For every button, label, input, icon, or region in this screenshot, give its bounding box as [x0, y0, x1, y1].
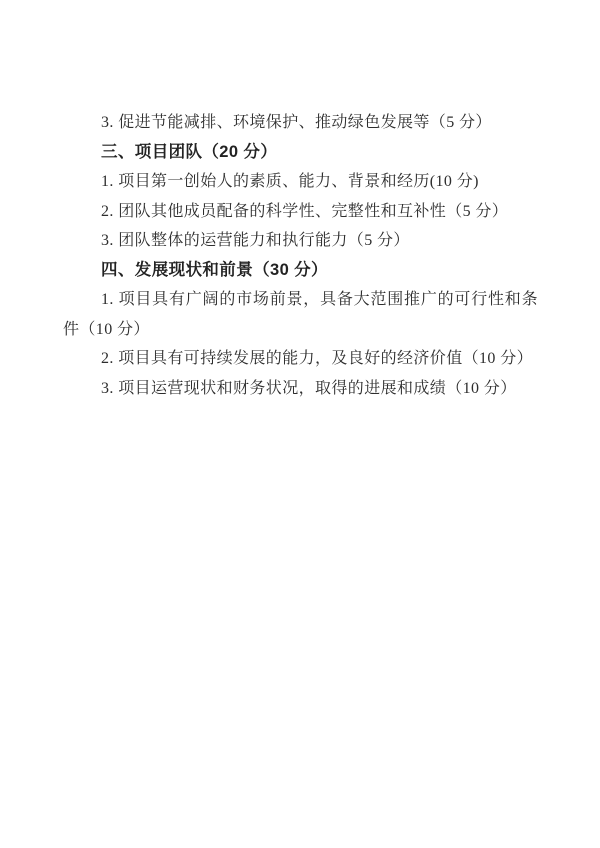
criterion-item-team-execution: 3. 团队整体的运营能力和执行能力（5 分） — [63, 226, 538, 256]
criterion-item-founder-quality: 1. 项目第一创始人的素质、能力、背景和经历(10 分) — [63, 167, 538, 197]
section-heading-project-team: 三、项目团队（20 分） — [63, 138, 538, 168]
document-page: 3. 促进节能减排、环境保护、推动绿色发展等（5 分） 三、项目团队（20 分）… — [0, 0, 600, 848]
criterion-item-team-composition: 2. 团队其他成员配备的科学性、完整性和互补性（5 分） — [63, 197, 538, 227]
criterion-item-operation-finance: 3. 项目运营现状和财务状况，取得的进展和成绩（10 分） — [63, 374, 538, 404]
document-content: 3. 促进节能减排、环境保护、推动绿色发展等（5 分） 三、项目团队（20 分）… — [63, 108, 538, 403]
criterion-item-market-prospect: 1. 项目具有广阔的市场前景，具备大范围推广的可行性和条 件（10 分） — [63, 285, 538, 344]
criterion-item-market-prospect-line1: 1. 项目具有广阔的市场前景，具备大范围推广的可行性和条 — [63, 285, 538, 315]
section-heading-development-status: 四、发展现状和前景（30 分） — [63, 256, 538, 286]
criterion-item-sustainable-value: 2. 项目具有可持续发展的能力，及良好的经济价值（10 分） — [63, 344, 538, 374]
criterion-item-market-prospect-line2: 件（10 分） — [63, 315, 538, 345]
criterion-item-green-development: 3. 促进节能减排、环境保护、推动绿色发展等（5 分） — [63, 108, 538, 138]
